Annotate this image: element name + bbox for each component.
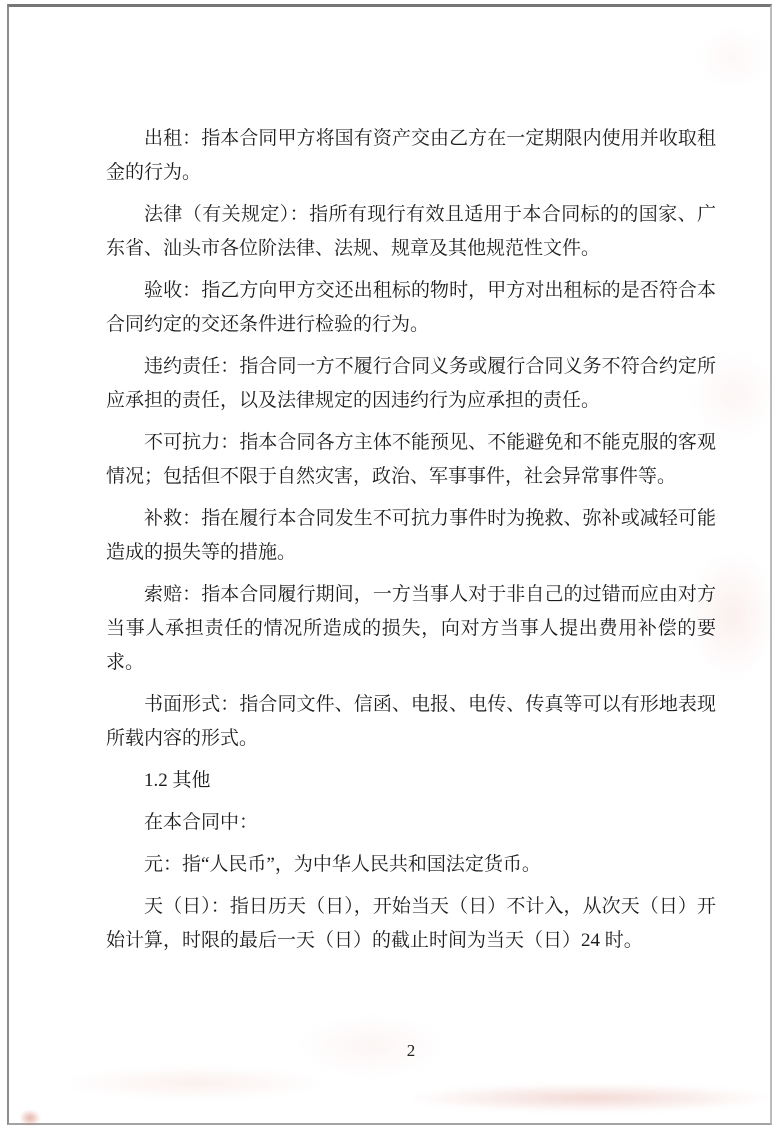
paragraph-definition-bukekangli: 不可抗力：指本合同各方主体不能预见、不能避免和不能克服的客观情况；包括但不限于自…: [106, 426, 716, 494]
page-number: 2: [106, 1040, 716, 1062]
paragraph-zaibenhetongzhong: 在本合同中：: [106, 806, 716, 840]
paragraph-definition-yanshou: 验收：指乙方向甲方交还出租标的物时，甲方对出租标的是否符合本合同约定的交还条件进…: [106, 274, 716, 342]
paragraph-definition-yuan: 元：指“人民币”，为中华人民共和国法定货币。: [106, 848, 716, 882]
paragraph-definition-chuzu: 出租：指本合同甲方将国有资产交由乙方在一定期限内使用并收取租金的行为。: [106, 122, 716, 190]
section-heading-1-2-qita: 1.2 其他: [106, 764, 716, 798]
scan-smudge: [60, 1066, 330, 1100]
scanned-page: 出租：指本合同甲方将国有资产交由乙方在一定期限内使用并收取租金的行为。 法律（有…: [0, 0, 780, 1134]
scan-smudge: [20, 1110, 40, 1126]
scan-smudge: [410, 1084, 770, 1112]
paragraph-definition-tianri: 天（日）：指日历天（日），开始当天（日）不计入，从次天（日）开始计算，时限的最后…: [106, 890, 716, 958]
paragraph-definition-falv: 法律（有关规定）：指所有现行有效且适用于本合同标的的国家、广东省、汕头市各位阶法…: [106, 198, 716, 266]
paragraph-definition-suopei: 索赔：指本合同履行期间，一方当事人对于非自己的过错而应由对方当事人承担责任的情况…: [106, 578, 716, 680]
contract-definitions-body: 出租：指本合同甲方将国有资产交由乙方在一定期限内使用并收取租金的行为。 法律（有…: [106, 122, 716, 966]
paragraph-definition-weiyuezeren: 违约责任：指合同一方不履行合同义务或履行合同义务不符合约定所应承担的责任，以及法…: [106, 350, 716, 418]
scan-smudge: [696, 26, 770, 88]
paragraph-definition-bujiu: 补救：指在履行本合同发生不可抗力事件时为挽救、弥补或减轻可能造成的损失等的措施。: [106, 502, 716, 570]
paragraph-definition-shumianxingshi: 书面形式：指合同文件、信函、电报、电传、传真等可以有形地表现所载内容的形式。: [106, 688, 716, 756]
